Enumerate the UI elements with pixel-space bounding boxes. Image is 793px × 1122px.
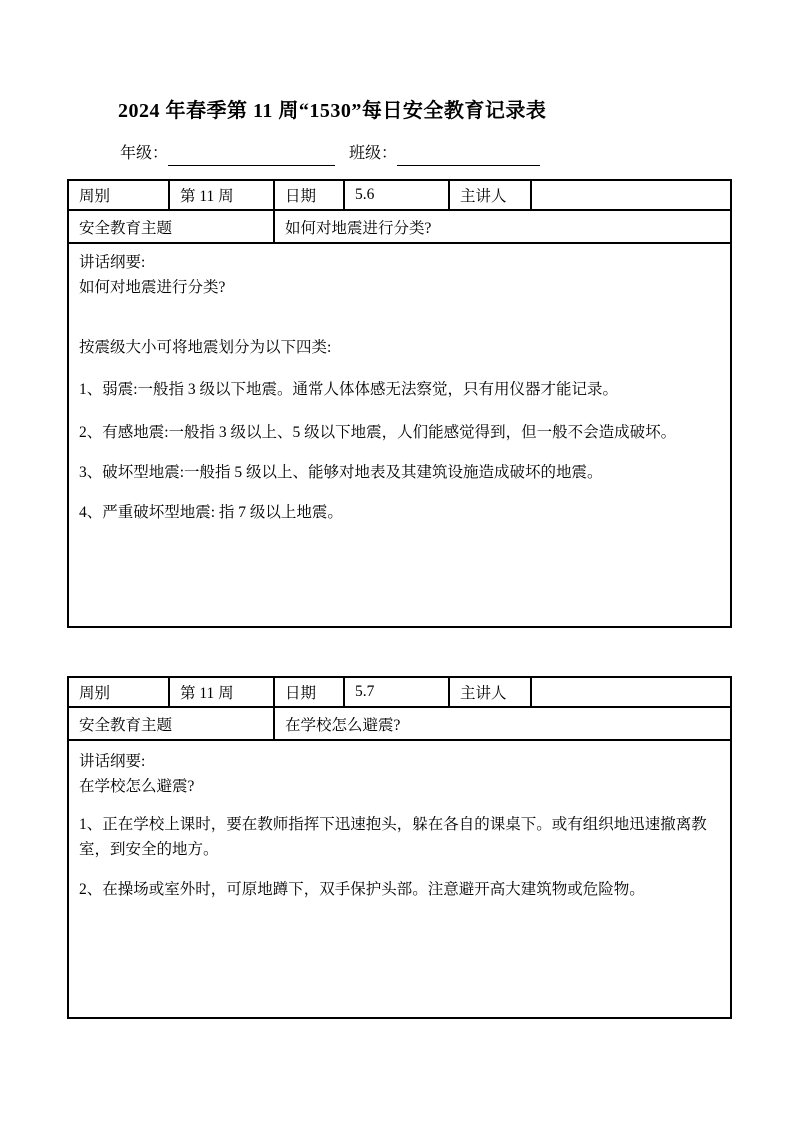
outline-paragraph: 4、严重破坏型地震: 指 7 级以上地震。 — [79, 500, 720, 525]
record-table-1: 周别 第 11 周 日期 5.6 主讲人 安全教育主题 如何对地震进行分类? 讲… — [67, 179, 732, 628]
table-row: 周别 第 11 周 日期 5.6 主讲人 — [68, 180, 731, 210]
grade-class-line: 年级：班级： — [120, 142, 730, 166]
week-label-cell: 周别 — [68, 677, 169, 707]
speaker-value-cell[interactable] — [531, 677, 731, 707]
outline-cell: 讲话纲要: 如何对地震进行分类? 按震级大小可将地震划分为以下四类: 1、弱震:… — [68, 243, 731, 627]
outline-paragraph: 1、弱震:一般指 3 级以下地震。通常人体体感无法察觉，只有用仪器才能记录。 — [79, 377, 720, 402]
week-value-cell: 第 11 周 — [169, 180, 274, 210]
outline-paragraph: 2、有感地震:一般指 3 级以上、5 级以下地震，人们能感觉得到，但一般不会造成… — [79, 420, 720, 445]
table-row: 讲话纲要: 如何对地震进行分类? 按震级大小可将地震划分为以下四类: 1、弱震:… — [68, 243, 731, 627]
grade-label: 年级： — [120, 145, 168, 162]
grade-blank-field[interactable] — [168, 147, 335, 166]
theme-label-cell: 安全教育主题 — [68, 707, 274, 740]
theme-value-cell: 如何对地震进行分类? — [274, 210, 731, 243]
table-row: 安全教育主题 在学校怎么避震? — [68, 707, 731, 740]
class-blank-field[interactable] — [397, 147, 540, 166]
speaker-label-cell: 主讲人 — [449, 180, 531, 210]
outline-paragraph: 3、破坏型地震:一般指 5 级以上、能够对地表及其建筑设施造成破坏的地震。 — [79, 460, 720, 485]
table-row: 安全教育主题 如何对地震进行分类? — [68, 210, 731, 243]
outline-heading: 讲话纲要: — [79, 749, 720, 774]
document-title: 2024 年春季第 11 周“1530”每日安全教育记录表 — [118, 96, 730, 126]
week-label-cell: 周别 — [68, 180, 169, 210]
speaker-value-cell[interactable] — [531, 180, 731, 210]
table-row: 讲话纲要: 在学校怎么避震? 1、正在学校上课时，要在教师指挥下迅速抱头，躲在各… — [68, 740, 731, 1018]
theme-value-cell: 在学校怎么避震? — [274, 707, 731, 740]
outline-cell: 讲话纲要: 在学校怎么避震? 1、正在学校上课时，要在教师指挥下迅速抱头，躲在各… — [68, 740, 731, 1018]
outline-heading: 讲话纲要: — [79, 250, 720, 275]
outline-paragraph: 2、在操场或室外时，可原地蹲下，双手保护头部。注意避开高大建筑物或危险物。 — [79, 877, 720, 902]
outline-topic: 在学校怎么避震? — [79, 774, 720, 799]
date-value-cell: 5.7 — [344, 677, 449, 707]
date-value-cell: 5.6 — [344, 180, 449, 210]
outline-paragraph: 按震级大小可将地震划分为以下四类: — [79, 335, 720, 360]
table-row: 周别 第 11 周 日期 5.7 主讲人 — [68, 677, 731, 707]
date-label-cell: 日期 — [274, 180, 344, 210]
week-value-cell: 第 11 周 — [169, 677, 274, 707]
outline-paragraph: 1、正在学校上课时，要在教师指挥下迅速抱头，躲在各自的课桌下。或有组织地迅速撤离… — [79, 812, 720, 862]
outline-topic: 如何对地震进行分类? — [79, 275, 720, 300]
document-page: 2024 年春季第 11 周“1530”每日安全教育记录表 年级：班级： 周别 … — [0, 0, 793, 1122]
class-label: 班级： — [349, 145, 397, 162]
theme-label-cell: 安全教育主题 — [68, 210, 274, 243]
record-table-2: 周别 第 11 周 日期 5.7 主讲人 安全教育主题 在学校怎么避震? 讲话纲… — [67, 676, 732, 1019]
speaker-label-cell: 主讲人 — [449, 677, 531, 707]
date-label-cell: 日期 — [274, 677, 344, 707]
